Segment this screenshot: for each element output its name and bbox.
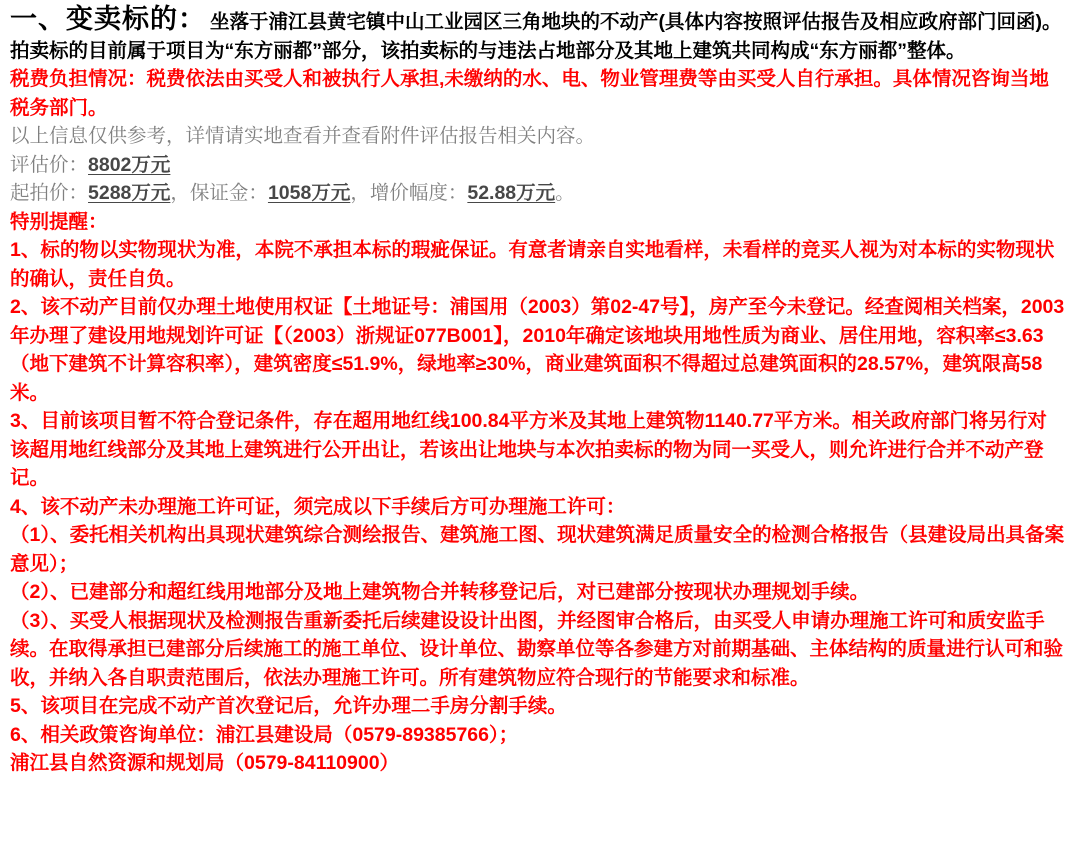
reminder-item-5: 5、该项目在完成不动产首次登记后，允许办理二手房分割手续。 [10,692,1066,721]
appraisal-price-label: 评估价： [10,154,88,176]
deposit-value: 1058万元 [268,182,350,204]
deposit-label: 保证金： [190,182,268,204]
period-mark: 。 [555,182,575,204]
reminder-item-3: 3、目前该项目暂不符合登记条件，存在超用地红线100.84平方米及其地上建筑物1… [10,407,1066,493]
starting-price-line: 起拍价：5288万元，保证金：1058万元，增价幅度：52.88万元。 [10,179,1066,208]
reminder-item-4-sub-2: （2）、已建部分和超红线用地部分及地上建筑物合并转移登记后，对已建部分按现状办理… [10,578,1066,607]
appraisal-price-line: 评估价：8802万元 [10,151,1066,180]
reminder-item-2: 2、该不动产目前仅办理土地使用权证【土地证号：浦国用（2003）第02-47号】… [10,293,1066,407]
comma-separator: ， [170,182,190,204]
project-note: 拍卖标的目前属于项目为“东方丽都”部分，该拍卖标的与违法占地部分及其地上建筑共同… [10,37,1066,66]
section1-intro: 坐落于浦江县黄宅镇中山工业园区三角地块的不动产(具体内容按照评估报告及相应政府部… [210,11,1062,33]
reminder-item-4-sub-1: （1）、委托相关机构出具现状建筑综合测绘报告、建筑施工图、现状建筑满足质量安全的… [10,521,1066,578]
reminder-item-6-contact-1: 6、相关政策咨询单位：浦江县建设局（0579-89385766）； [10,721,1066,750]
increment-label: 增价幅度： [370,182,468,204]
starting-price-value: 5288万元 [88,182,170,204]
reminder-item-1: 1、标的物以实物现状为准，本院不承担本标的瑕疵保证。有意者请亲自实地看样，未看样… [10,236,1066,293]
comma-separator-2: ， [350,182,370,204]
special-reminder-title: 特别提醒： [10,208,1066,237]
section-title: 一、变卖标的： [10,4,206,34]
document: 一、变卖标的：坐落于浦江县黄宅镇中山工业园区三角地块的不动产(具体内容按照评估报… [0,0,1080,778]
starting-price-label: 起拍价： [10,182,88,204]
tax-burden-note: 税费负担情况：税费依法由买受人和被执行人承担,未缴纳的水、电、物业管理费等由买受… [10,65,1066,122]
reminder-item-6-contact-2: 浦江县自然资源和规划局（0579-84110900） [10,749,1066,778]
appraisal-price-value: 8802万元 [88,154,170,176]
reminder-item-4-sub-3: （3）、买受人根据现状及检测报告重新委托后续建设设计出图，并经图审合格后，由买受… [10,607,1066,693]
increment-value: 52.88万元 [467,182,555,204]
section1-paragraph: 一、变卖标的：坐落于浦江县黄宅镇中山工业园区三角地块的不动产(具体内容按照评估报… [10,5,1066,37]
disclaimer-note: 以上信息仅供参考，详情请实地查看并查看附件评估报告相关内容。 [10,122,1066,151]
reminder-item-4: 4、该不动产未办理施工许可证，须完成以下手续后方可办理施工许可： [10,493,1066,522]
